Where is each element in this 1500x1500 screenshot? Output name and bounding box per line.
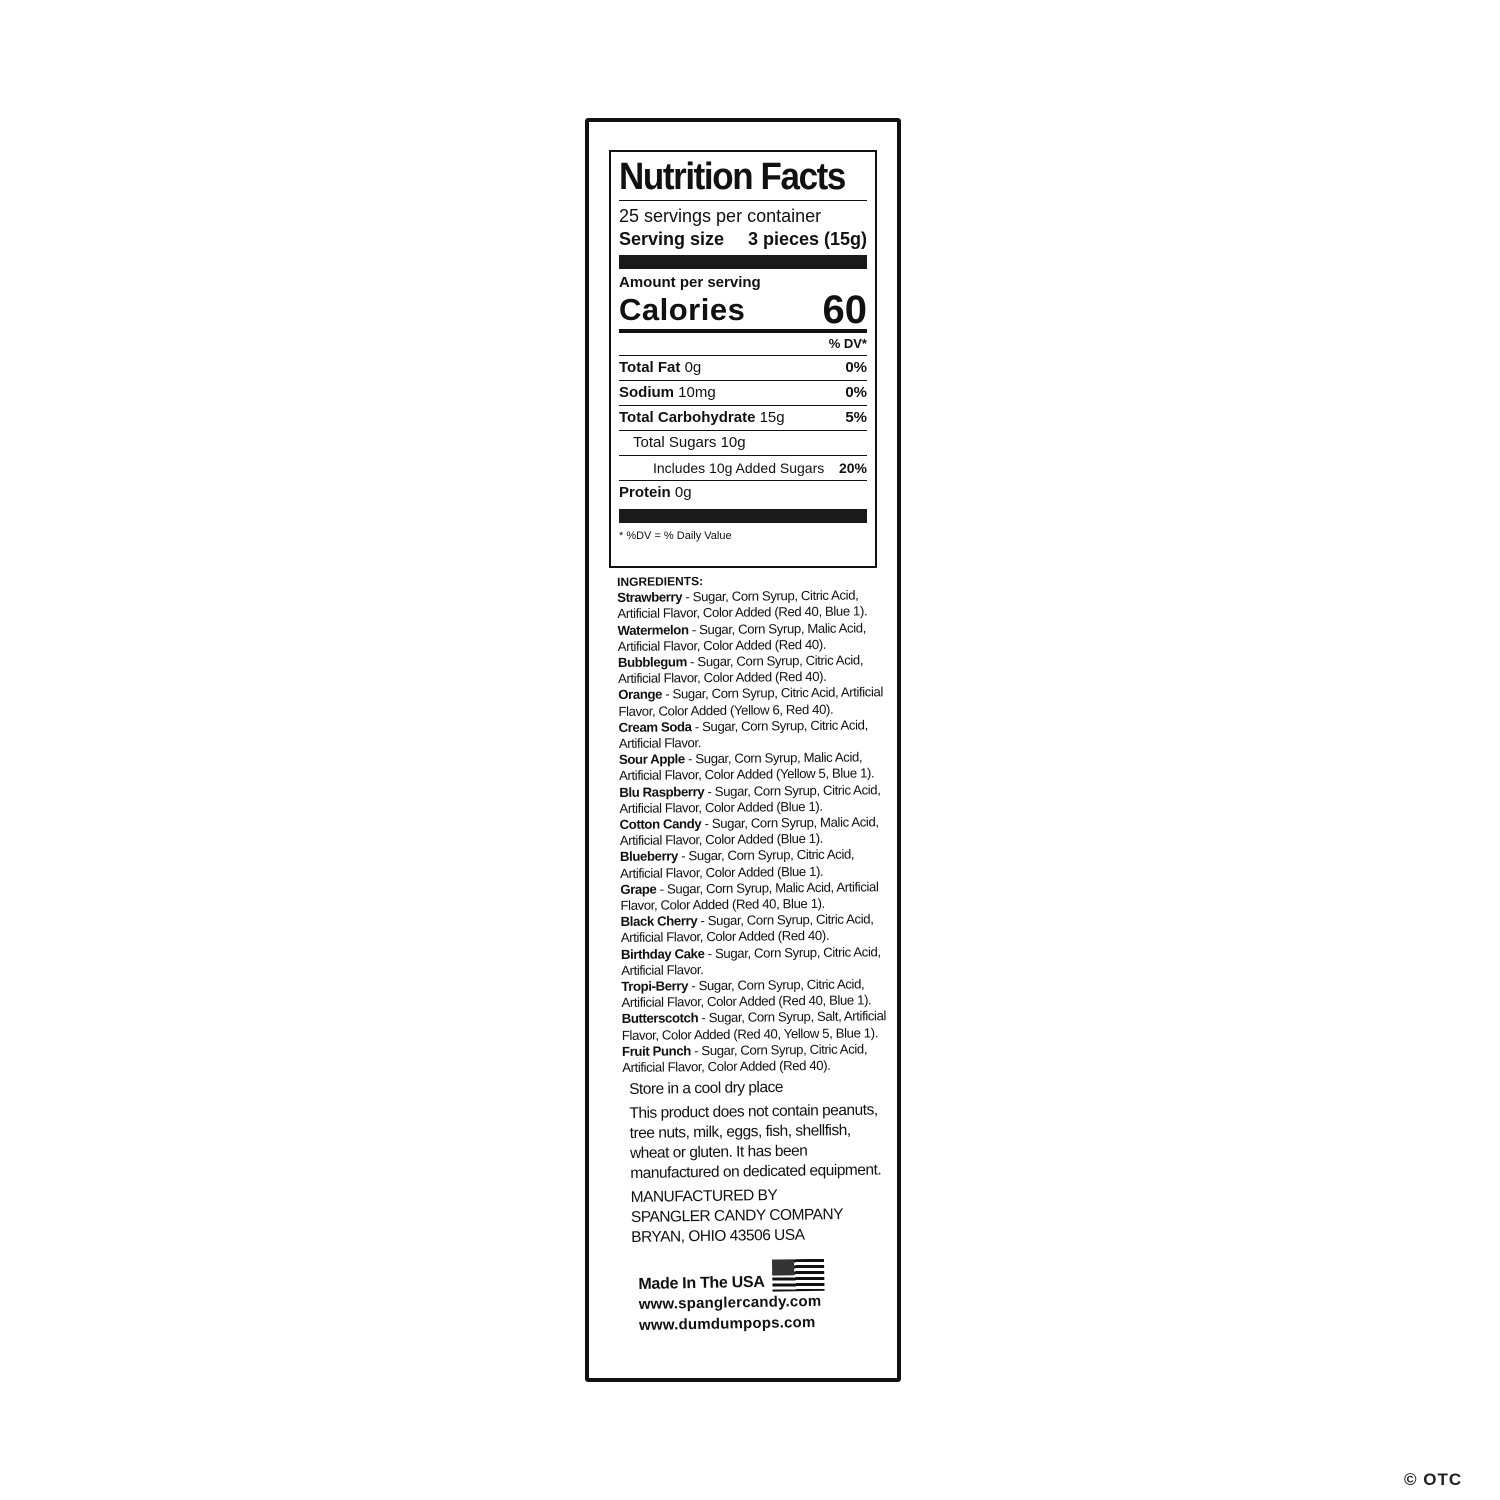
ingredient-item: Cotton Candy - Sugar, Corn Syrup, Malic … (620, 814, 892, 849)
nutrient-dv: 0% (845, 356, 867, 380)
ingredient-item: Butterscotch - Sugar, Corn Syrup, Salt, … (622, 1009, 894, 1044)
serving-size-label: Serving size (619, 227, 724, 251)
manufacturer-address: BRYAN, OHIO 43506 USA (631, 1224, 891, 1248)
nutrient-amount: 10g (721, 434, 746, 451)
nutrient-amount: 0g (675, 484, 692, 501)
manufacturer-info: MANUFACTURED BY SPANGLER CANDY COMPANY B… (631, 1184, 892, 1248)
nutrient-name: Total Fat (619, 359, 680, 376)
nutrient-row-added-sugars: Includes 10g Added Sugars 20% (619, 455, 867, 480)
nutrient-name: Sodium (619, 384, 674, 401)
ingredient-item: Strawberry - Sugar, Corn Syrup, Citric A… (617, 587, 889, 622)
nutrient-row-total-fat: Total Fat 0g 0% (619, 355, 867, 380)
nutrient-amount: 0g (685, 359, 702, 376)
ingredient-item: Cream Soda - Sugar, Corn Syrup, Citric A… (619, 717, 891, 752)
flavor-name: Sour Apple (619, 752, 685, 768)
ingredient-item: Grape - Sugar, Corn Syrup, Malic Acid, A… (620, 879, 892, 914)
daily-value-header: % DV* (619, 333, 867, 355)
divider-thick (619, 255, 867, 269)
nutrition-facts-title: Nutrition Facts (619, 154, 847, 200)
allergen-statement: This product does not contain peanuts, t… (629, 1100, 890, 1184)
flavor-name: Cream Soda (619, 719, 692, 735)
ingredient-item: Blu Raspberry - Sugar, Corn Syrup, Citri… (619, 782, 891, 817)
nutrient-amount: 15g (760, 409, 785, 426)
flavor-name: Blu Raspberry (619, 784, 704, 800)
nutrient-row-sodium: Sodium 10mg 0% (619, 380, 867, 405)
nutrition-facts-label: Nutrition Facts 25 servings per containe… (609, 150, 877, 568)
website-link[interactable]: www.dumdumpops.com (639, 1311, 869, 1336)
flavor-name: Butterscotch (622, 1011, 699, 1027)
flavor-name: Watermelon (618, 622, 689, 638)
servings-per-container: 25 servings per container (619, 205, 867, 227)
flavor-name: Blueberry (620, 849, 678, 865)
nutrient-name: Protein (619, 484, 671, 501)
ingredient-item: Sour Apple - Sugar, Corn Syrup, Malic Ac… (619, 749, 891, 784)
nutrient-name: Total Sugars (633, 434, 716, 451)
nutrient-amount: 10mg (678, 384, 716, 401)
calories-value: 60 (823, 291, 868, 329)
nutrient-dv: 20% (839, 456, 867, 480)
daily-value-footnote: * %DV = % Daily Value (619, 527, 867, 545)
ingredients-list: INGREDIENTS: Strawberry - Sugar, Corn Sy… (617, 571, 894, 1076)
flavor-name: Cotton Candy (620, 816, 702, 832)
nutrient-dv: 5% (845, 406, 867, 430)
flag-canton (772, 1259, 794, 1275)
flavor-name: Tropi-Berry (621, 978, 688, 994)
ingredient-item: Blueberry - Sugar, Corn Syrup, Citric Ac… (620, 847, 892, 882)
ingredient-item: Orange - Sugar, Corn Syrup, Citric Acid,… (618, 685, 890, 720)
copyright-watermark: © OTC (1404, 1470, 1462, 1490)
flavor-name: Strawberry (617, 590, 682, 606)
flavor-name: Fruit Punch (622, 1043, 691, 1059)
nutrient-row-total-sugars: Total Sugars 10g (619, 430, 867, 455)
serving-size: Serving size 3 pieces (15g) (619, 227, 867, 251)
made-in-usa: Made In The USA (638, 1258, 869, 1294)
flavor-name: Bubblegum (618, 654, 687, 670)
flavor-ingredients: - Sugar, Corn Syrup, Malic Acid, Artific… (620, 879, 878, 913)
divider-thick (619, 509, 867, 523)
serving-size-value: 3 pieces (15g) (748, 227, 867, 251)
nutrient-row-protein: Protein 0g (619, 480, 867, 505)
divider (619, 200, 867, 201)
nutrient-name: Total Carbohydrate (619, 409, 755, 426)
calories-label: Calories (619, 291, 745, 329)
storage-instructions: Store in a cool dry place (629, 1076, 889, 1100)
origin-block: Made In The USA www.spanglercandy.com ww… (638, 1258, 869, 1336)
storage-and-allergens: Store in a cool dry place This product d… (629, 1076, 891, 1248)
nutrient-row-total-carbohydrate: Total Carbohydrate 15g 5% (619, 405, 867, 430)
calories-row: Calories 60 (619, 291, 867, 329)
ingredient-item: Tropi-Berry - Sugar, Corn Syrup, Citric … (621, 976, 893, 1011)
flavor-name: Black Cherry (621, 913, 698, 929)
ingredient-item: Watermelon - Sugar, Corn Syrup, Malic Ac… (618, 620, 890, 655)
nutrient-name: Includes 10g Added Sugars (653, 456, 824, 480)
flavor-name: Grape (620, 881, 656, 896)
ingredient-item: Black Cherry - Sugar, Corn Syrup, Citric… (621, 911, 893, 946)
ingredient-item: Birthday Cake - Sugar, Corn Syrup, Citri… (621, 944, 893, 979)
ingredient-item: Bubblegum - Sugar, Corn Syrup, Citric Ac… (618, 652, 890, 687)
flavor-name: Orange (618, 687, 662, 702)
nutrient-dv: 0% (845, 381, 867, 405)
flavor-name: Birthday Cake (621, 946, 705, 962)
ingredient-item: Fruit Punch - Sugar, Corn Syrup, Citric … (622, 1041, 894, 1076)
made-in-label: Made In The USA (638, 1274, 764, 1294)
us-flag-icon (772, 1259, 825, 1292)
